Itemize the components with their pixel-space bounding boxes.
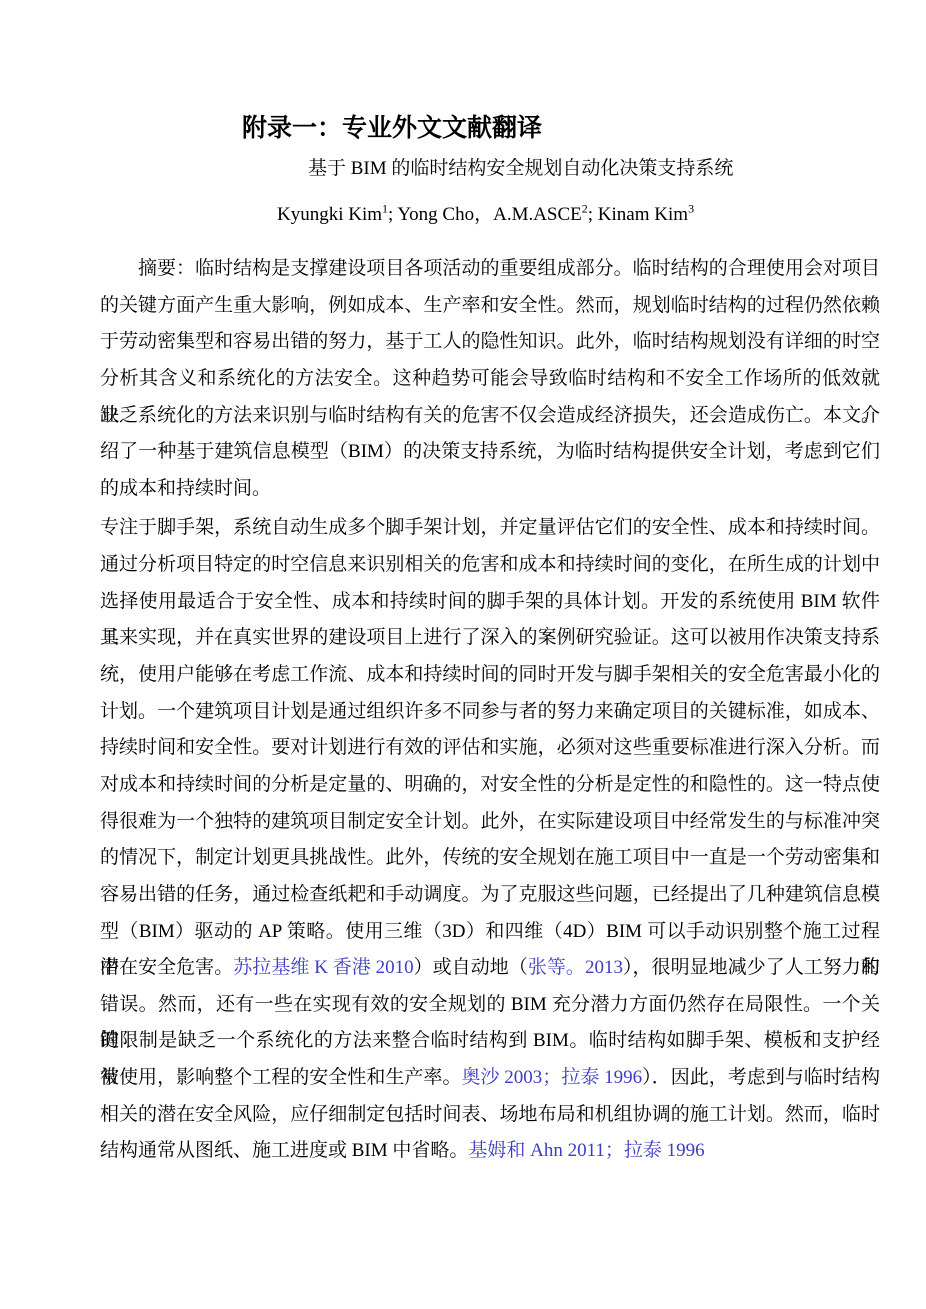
text-segment: 于劳动密集型和容易出错的努力，基于工人的隐性知识。此外，临时结构规划没有详细的时… (100, 331, 880, 352)
text-line: 持续时间和安全性。要对计划进行有效的评估和实施，必须对这些重要标准进行深入分析。… (100, 730, 880, 767)
text-line: 错误。然而，还有一些在实现有效的安全规划的 BIM 充分潜力方面仍然存在局限性。… (100, 987, 880, 1024)
citation-link[interactable]: 张等。2013 (528, 957, 623, 978)
text-line: 对成本和持续时间的分析是定量的、明确的，对安全性的分析是定性的和隐性的。这一特点… (100, 767, 880, 804)
text-segment: 缺乏系统化的方法来识别与临时结构有关的危害不仅会造成经济损失，还会造成伤亡。本文… (100, 405, 880, 426)
citation-link[interactable]: 苏拉基维 K 香港 2010 (233, 957, 413, 978)
text-line: 通过分析项目特定的时空信息来识别相关的危害和成本和持续时间的变化，在所生成的计划… (100, 547, 880, 584)
text-line: 的情况下，制定计划更具挑战性。此外，传统的安全规划在施工项目中一直是一个劳动密集… (100, 840, 880, 877)
text-segment: 结构通常从图纸、施工进度或 BIM 中省略。 (100, 1140, 468, 1161)
text-line: 于劳动密集型和容易出错的努力，基于工人的隐性知识。此外，临时结构规划没有详细的时… (100, 324, 880, 361)
document-page: 附录一：专业外文文献翻译 基于 BIM 的临时结构安全规划自动化决策支持系统 K… (0, 0, 926, 1309)
text-line: 的限制是缺乏一个系统化的方法来整合临时结构到 BIM。临时结构如脚手架、模板和支… (100, 1023, 880, 1060)
text-line: 的成本和持续时间。 (100, 471, 880, 508)
text-segment: 摘要：临时结构是支撑建设项目各项活动的重要组成部分。临时结构的合理使用会对项目 (138, 258, 880, 279)
text-segment: 得很难为一个独特的建筑项目制定安全计划。此外，在实际建设项目中经常发生的与标准冲… (100, 811, 880, 832)
paragraph-2: 专注于脚手架，系统自动生成多个脚手架计划，并定量评估它们的安全性、成本和持续时间… (100, 510, 880, 1170)
text-line: 潜在安全危害。苏拉基维 K 香港 2010）或自动地（张等。2013），很明显地… (100, 950, 880, 987)
text-segment: 具来实现，并在真实世界的建设项目上进行了深入的案例研究验证。这可以被用作决策支持… (100, 627, 880, 648)
text-line: 被使用，影响整个工程的安全性和生产率。奥沙 2003；拉泰 1996）．因此，考… (100, 1060, 880, 1097)
text-segment: ）．因此，考虑到与临时结构 (642, 1067, 880, 1088)
text-segment: 计划。一个建筑项目计划是通过组织许多不同参与者的努力来确定项目的关键标准，如成本… (100, 701, 880, 722)
text-segment: 的成本和持续时间。 (100, 478, 271, 499)
text-line: 结构通常从图纸、施工进度或 BIM 中省略。基姆和 Ahn 2011；拉泰 19… (100, 1133, 880, 1170)
text-segment: 潜在安全危害。 (100, 957, 233, 978)
text-line: 摘要：临时结构是支撑建设项目各项活动的重要组成部分。临时结构的合理使用会对项目 (100, 251, 880, 288)
text-line: 型（BIM）驱动的 AP 策略。使用三维（3D）和四维（4D）BIM 可以手动识… (100, 914, 880, 951)
author-name: ; Kinam Kim (588, 204, 688, 225)
text-segment: 持续时间和安全性。要对计划进行有效的评估和实施，必须对这些重要标准进行深入分析。… (100, 737, 880, 758)
text-line: 计划。一个建筑项目计划是通过组织许多不同参与者的努力来确定项目的关键标准，如成本… (100, 694, 880, 731)
authors-line: Kyungki Kim1; Yong Cho，A.M.ASCE2; Kinam … (277, 201, 694, 229)
text-line: 绍了一种基于建筑信息模型（BIM）的决策支持系统，为临时结构提供安全计划，考虑到… (100, 434, 880, 471)
text-segment: 绍了一种基于建筑信息模型（BIM）的决策支持系统，为临时结构提供安全计划，考虑到… (100, 441, 880, 462)
text-segment: 被使用，影响整个工程的安全性和生产率。 (100, 1067, 461, 1088)
text-segment: 对成本和持续时间的分析是定量的、明确的，对安全性的分析是定性的和隐性的。这一特点… (100, 774, 880, 795)
author-superscript: 3 (688, 202, 694, 216)
text-line: 得很难为一个独特的建筑项目制定安全计划。此外，在实际建设项目中经常发生的与标准冲… (100, 804, 880, 841)
text-line: 具来实现，并在真实世界的建设项目上进行了深入的案例研究验证。这可以被用作决策支持… (100, 620, 880, 657)
text-segment: 的关键方面产生重大影响，例如成本、生产率和安全性。然而，规划临时结构的过程仍然依… (100, 295, 880, 316)
text-line: 选择使用最适合于安全性、成本和持续时间的脚手架的具体计划。开发的系统使用 BIM… (100, 584, 880, 621)
citation-link[interactable]: 奥沙 2003；拉泰 1996 (461, 1067, 642, 1088)
page-title: 附录一：专业外文文献翻译 (242, 112, 542, 144)
text-segment: ），很明显地减少了人工努力和 (623, 957, 880, 978)
text-segment: 专注于脚手架，系统自动生成多个脚手架计划，并定量评估它们的安全性、成本和持续时间… (100, 517, 880, 538)
text-line: 的关键方面产生重大影响，例如成本、生产率和安全性。然而，规划临时结构的过程仍然依… (100, 288, 880, 325)
text-segment: 相关的潜在安全风险，应仔细制定包括时间表、场地布局和机组协调的施工计划。然而，临… (100, 1104, 880, 1125)
doc-subtitle: 基于 BIM 的临时结构安全规划自动化决策支持系统 (308, 156, 733, 182)
text-line: 容易出错的任务，通过检查纸耙和手动调度。为了克服这些问题，已经提出了几种建筑信息… (100, 877, 880, 914)
text-line: 统，使用户能够在考虑工作流、成本和持续时间的同时开发与脚手架相关的安全危害最小化… (100, 657, 880, 694)
author-name: Kyungki Kim (277, 204, 382, 225)
text-line: 分析其含义和系统化的方法安全。这种趋势可能会导致临时结构和不安全工作场所的低效就… (100, 361, 880, 398)
text-segment: 统，使用户能够在考虑工作流、成本和持续时间的同时开发与脚手架相关的安全危害最小化… (100, 664, 880, 685)
text-segment: ）或自动地（ (414, 957, 528, 978)
text-segment: 容易出错的任务，通过检查纸耙和手动调度。为了克服这些问题，已经提出了几种建筑信息… (100, 884, 880, 905)
text-line: 专注于脚手架，系统自动生成多个脚手架计划，并定量评估它们的安全性、成本和持续时间… (100, 510, 880, 547)
citation-link[interactable]: 基姆和 Ahn 2011；拉泰 1996 (468, 1140, 704, 1161)
document-body: 摘要：临时结构是支撑建设项目各项活动的重要组成部分。临时结构的合理使用会对项目的… (100, 251, 880, 1170)
text-segment: 通过分析项目特定的时空信息来识别相关的危害和成本和持续时间的变化，在所生成的计划… (100, 554, 880, 575)
text-segment: 的情况下，制定计划更具挑战性。此外，传统的安全规划在施工项目中一直是一个劳动密集… (100, 847, 880, 868)
text-line: 相关的潜在安全风险，应仔细制定包括时间表、场地布局和机组协调的施工计划。然而，临… (100, 1097, 880, 1134)
author-name: ; Yong Cho，A.M.ASCE (388, 204, 582, 225)
paragraph-1: 摘要：临时结构是支撑建设项目各项活动的重要组成部分。临时结构的合理使用会对项目的… (100, 251, 880, 507)
text-line: 缺乏系统化的方法来识别与临时结构有关的危害不仅会造成经济损失，还会造成伤亡。本文… (100, 398, 880, 435)
